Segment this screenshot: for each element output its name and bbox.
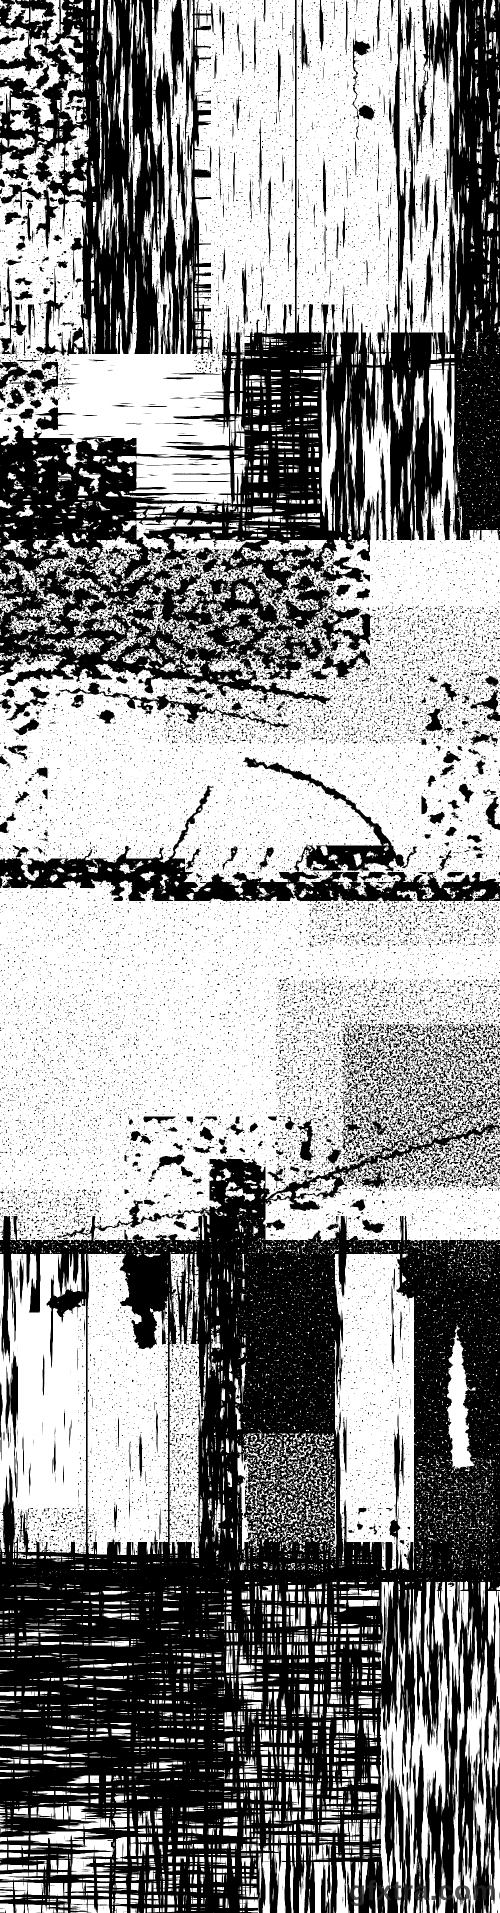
drip-blob xyxy=(52,1292,84,1312)
panel-rough-wood-grain xyxy=(0,1582,500,1913)
texture-layer xyxy=(0,862,165,888)
panel-wood-planks-dark xyxy=(0,1240,500,1582)
texture-layer xyxy=(330,1582,500,1913)
texture-layer xyxy=(402,1254,416,1570)
panel-splatter-grunge-lower xyxy=(0,884,500,1240)
texture-layer xyxy=(424,1470,486,1568)
texture-layer xyxy=(462,354,500,530)
panel-splatter-grunge-upper xyxy=(0,540,500,890)
scratch-stroke xyxy=(112,1750,115,1913)
texture-layer xyxy=(215,1168,260,1240)
texture-layer xyxy=(116,1420,164,1570)
texture-layer xyxy=(253,1448,333,1566)
texture-layer xyxy=(0,1010,130,1140)
texture-layer xyxy=(330,890,500,940)
texture-layer xyxy=(430,690,500,840)
texture-collage-art xyxy=(0,0,500,1913)
texture-layer xyxy=(170,1290,214,1570)
plank-divider xyxy=(193,0,195,352)
texture-layer xyxy=(252,354,314,530)
watermark: gfxtra.com xyxy=(349,1877,497,1905)
drip-blob xyxy=(136,1300,156,1348)
texture-layer xyxy=(0,1240,500,1254)
texture-layer xyxy=(214,1254,248,1570)
knot-blob xyxy=(353,42,371,54)
texture-layer xyxy=(452,1256,486,1274)
texture-layer xyxy=(338,354,362,530)
texture-layer xyxy=(338,1515,402,1570)
panel-dark-wood-grain xyxy=(252,354,500,530)
texture-layer xyxy=(0,555,42,890)
texture-layer xyxy=(395,354,425,530)
texture-collage: gfxtra.com xyxy=(0,0,500,1913)
texture-layer xyxy=(0,0,500,352)
plank-divider xyxy=(295,0,297,352)
texture-layer xyxy=(0,1582,200,1782)
plank-divider xyxy=(86,1254,88,1570)
plank-divider xyxy=(398,0,400,352)
panel-wood-planks-light xyxy=(0,0,500,352)
texture-layer xyxy=(0,1582,500,1590)
white-streak xyxy=(440,1388,476,1390)
texture-layer xyxy=(0,1570,500,1582)
texture-layer xyxy=(60,497,246,530)
texture-layer xyxy=(0,1515,86,1570)
knot-blob xyxy=(359,106,375,118)
panel-scratched-grunge xyxy=(2,354,246,530)
texture-layer xyxy=(6,1254,36,1306)
texture-layer xyxy=(200,356,246,372)
texture-layer xyxy=(315,848,385,868)
plank-divider xyxy=(168,1254,170,1570)
plank-divider xyxy=(89,0,91,352)
